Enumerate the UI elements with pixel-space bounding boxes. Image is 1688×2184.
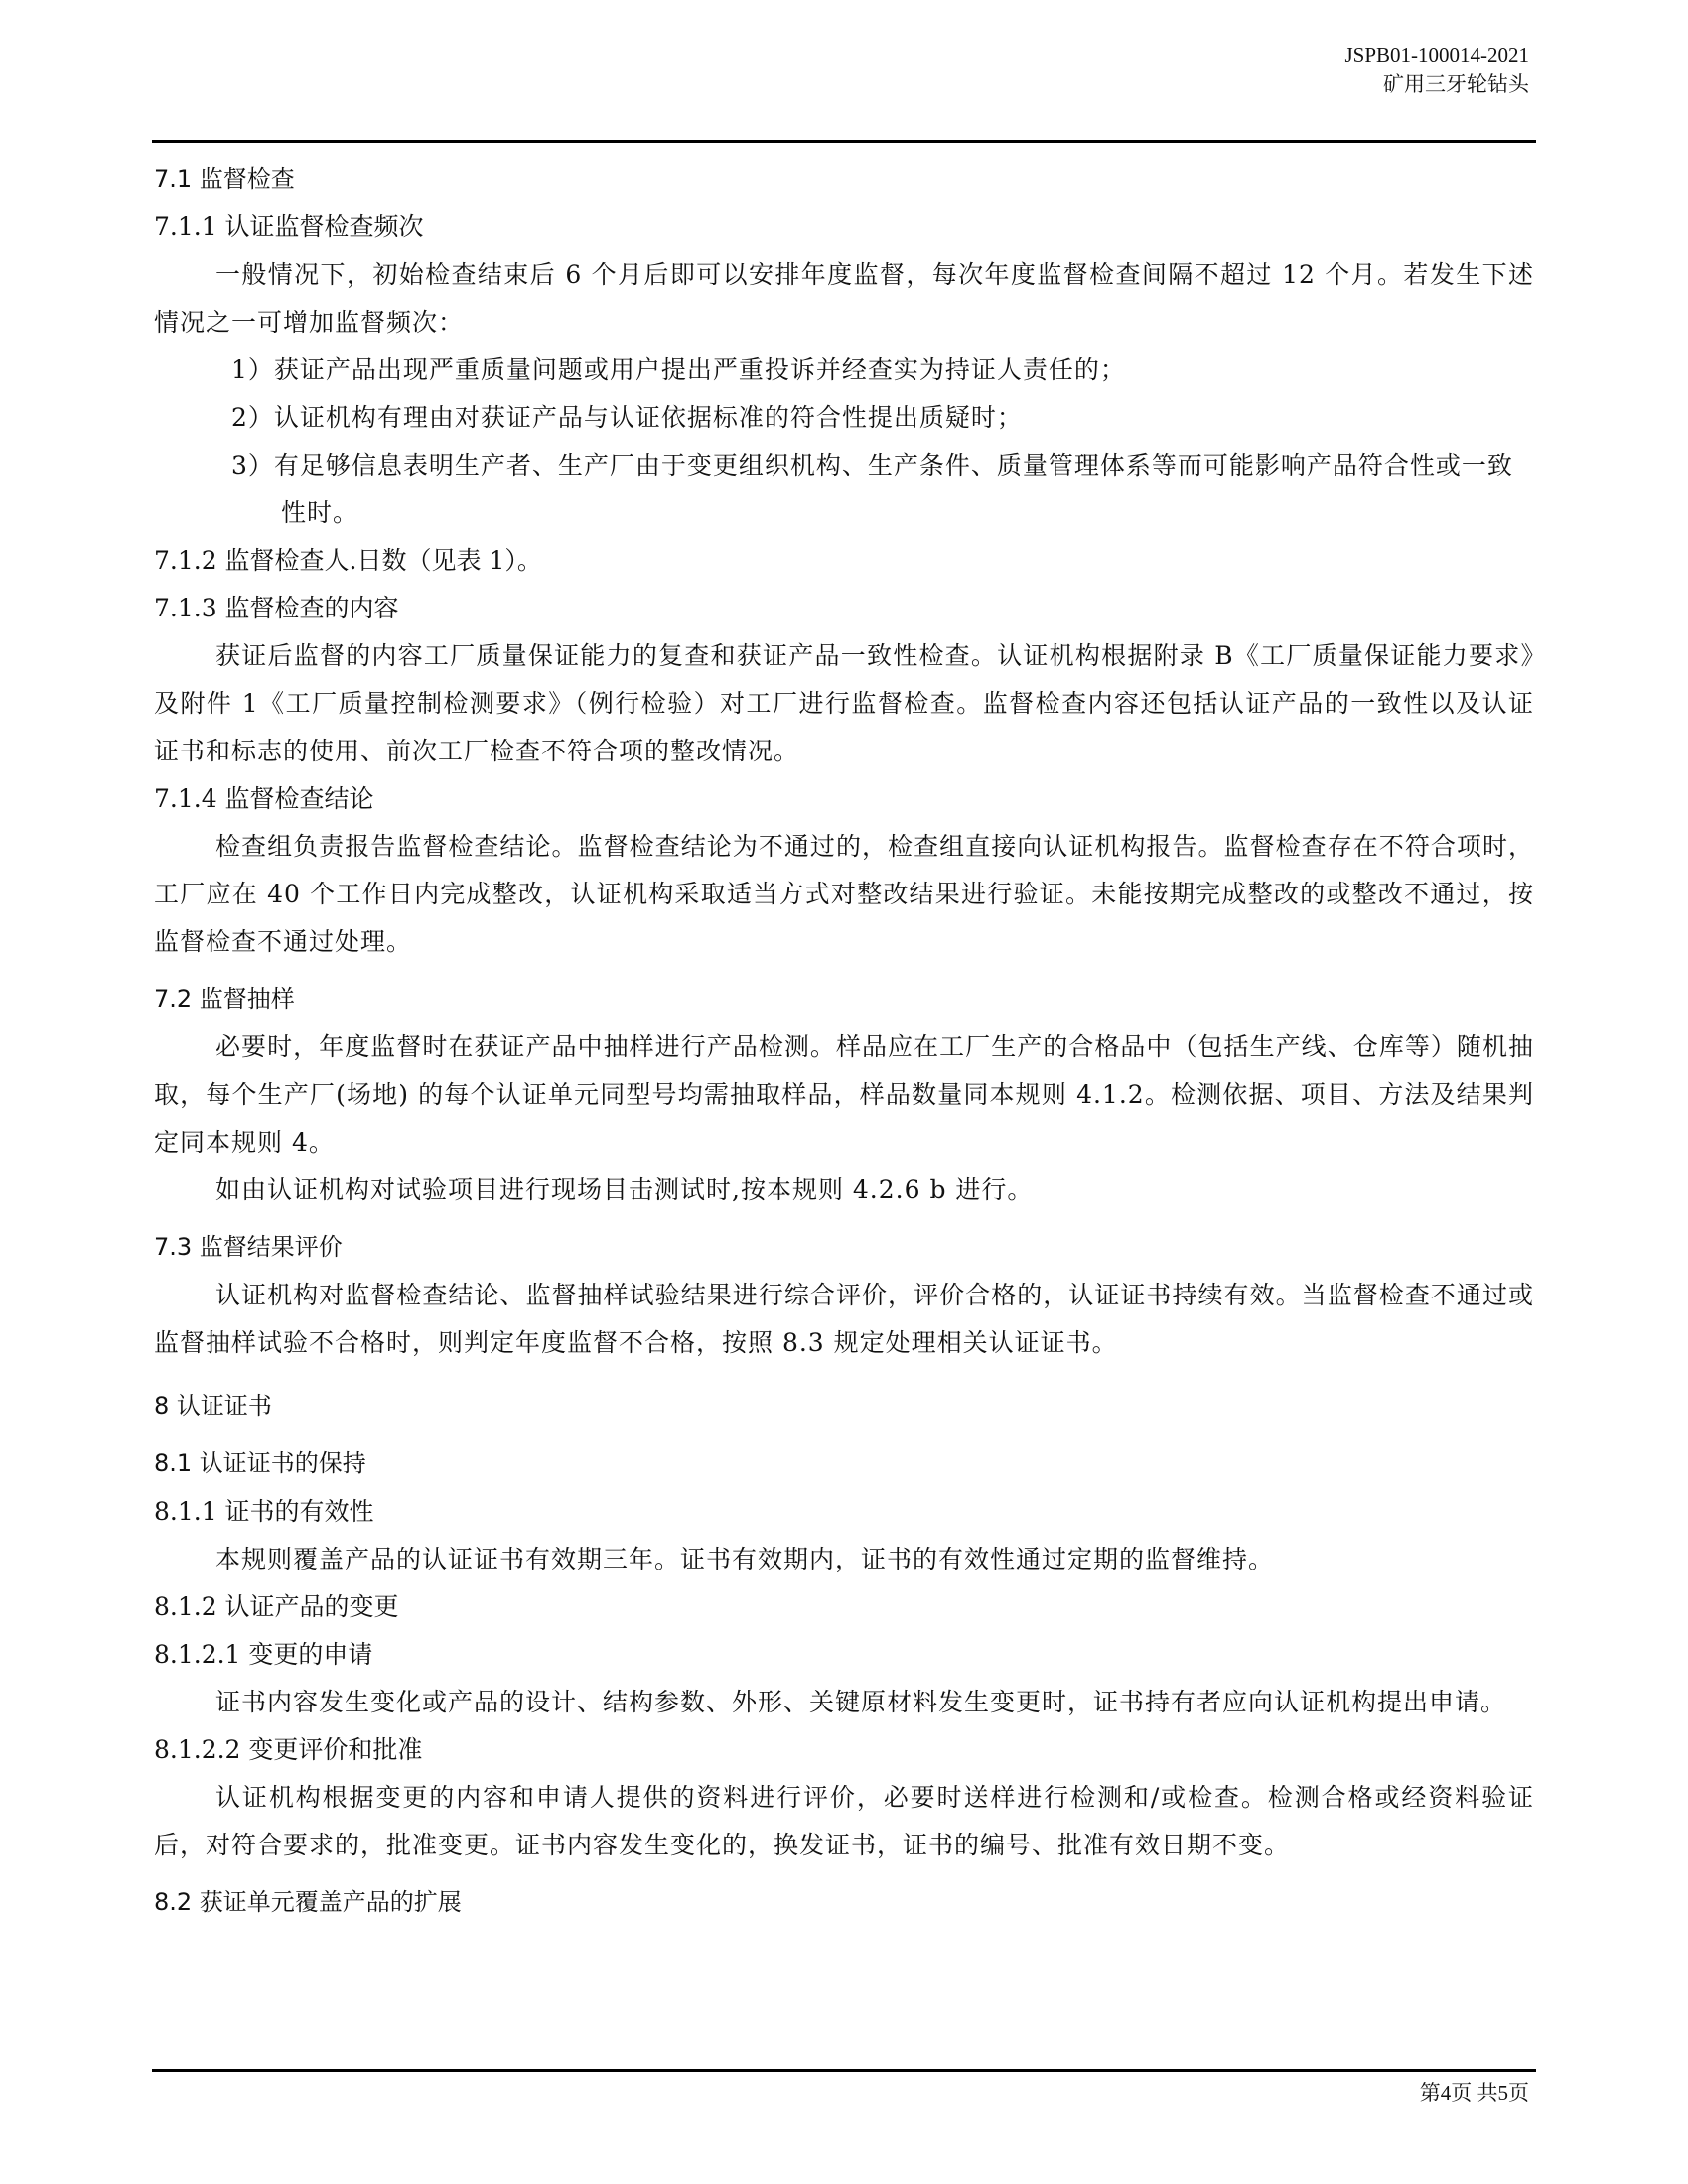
subsection-heading-8-1-2-1: 8.1.2.1 变更的申请: [154, 1631, 1534, 1679]
paragraph-8-1-2-2: 认证机构根据变更的内容和申请人提供的资料进行评价，必要时送样进行检测和/或检查。…: [154, 1774, 1534, 1869]
section-heading-7-1: 7.1 监督检查: [154, 154, 1534, 204]
subsection-heading-7-1-4: 7.1.4 监督检查结论: [154, 775, 1534, 823]
page-number: 第4页 共5页: [1420, 2077, 1529, 2107]
paragraph-7-2-b: 如由认证机构对试验项目进行现场目击测试时,按本规则 4.2.6 b 进行。: [154, 1166, 1534, 1214]
paragraph-7-2-a: 必要时，年度监督时在获证产品中抽样进行产品检测。样品应在工厂生产的合格品中（包括…: [154, 1024, 1534, 1166]
paragraph-7-1-1: 一般情况下，初始检查结束后 6 个月后即可以安排年度监督，每次年度监督检查间隔不…: [154, 251, 1534, 346]
list-item-3: 3）有足够信息表明生产者、生产厂由于变更组织机构、生产条件、质量管理体系等而可能…: [231, 442, 1534, 537]
paragraph-8-1-1: 本规则覆盖产品的认证证书有效期三年。证书有效期内，证书的有效性通过定期的监督维持…: [154, 1536, 1534, 1583]
subsection-heading-7-1-1: 7.1.1 认证监督检查频次: [154, 204, 1534, 251]
paragraph-8-1-2-1: 证书内容发生变化或产品的设计、结构参数、外形、关键原材料发生变更时，证书持有者应…: [154, 1679, 1534, 1726]
footer-rule: [152, 2069, 1536, 2072]
list-item-2: 2）认证机构有理由对获证产品与认证依据标准的符合性提出质疑时；: [231, 394, 1534, 442]
paragraph-7-3: 认证机构对监督检查结论、监督抽样试验结果进行综合评价，评价合格的，认证证书持续有…: [154, 1272, 1534, 1367]
section-heading-7-2: 7.2 监督抽样: [154, 974, 1534, 1024]
subsection-heading-7-1-3: 7.1.3 监督检查的内容: [154, 585, 1534, 632]
document-code: JSPB01-100014-2021: [1344, 40, 1529, 69]
subsection-heading-8-1-1: 8.1.1 证书的有效性: [154, 1488, 1534, 1536]
paragraph-7-1-4: 检查组负责报告监督检查结论。监督检查结论为不通过的，检查组直接向认证机构报告。监…: [154, 823, 1534, 966]
header-rule: [152, 140, 1536, 143]
list-item-1: 1）获证产品出现严重质量问题或用户提出严重投诉并经查实为持证人责任的；: [231, 346, 1534, 394]
section-heading-8-2: 8.2 获证单元覆盖产品的扩展: [154, 1877, 1534, 1927]
section-heading-8: 8 认证证书: [154, 1381, 1534, 1431]
document-title: 矿用三牙轮钻头: [1344, 69, 1529, 99]
subsection-heading-7-1-2: 7.1.2 监督检查人.日数（见表 1）。: [154, 537, 1534, 585]
subsection-heading-8-1-2: 8.1.2 认证产品的变更: [154, 1583, 1534, 1631]
page-header: JSPB01-100014-2021 矿用三牙轮钻头: [1344, 40, 1529, 99]
section-heading-7-3: 7.3 监督结果评价: [154, 1222, 1534, 1272]
paragraph-7-1-3: 获证后监督的内容工厂质量保证能力的复查和获证产品一致性检查。认证机构根据附录 B…: [154, 632, 1534, 775]
section-heading-8-1: 8.1 认证证书的保持: [154, 1438, 1534, 1488]
subsection-heading-8-1-2-2: 8.1.2.2 变更评价和批准: [154, 1726, 1534, 1774]
document-body: 7.1 监督检查 7.1.1 认证监督检查频次 一般情况下，初始检查结束后 6 …: [154, 154, 1534, 1927]
